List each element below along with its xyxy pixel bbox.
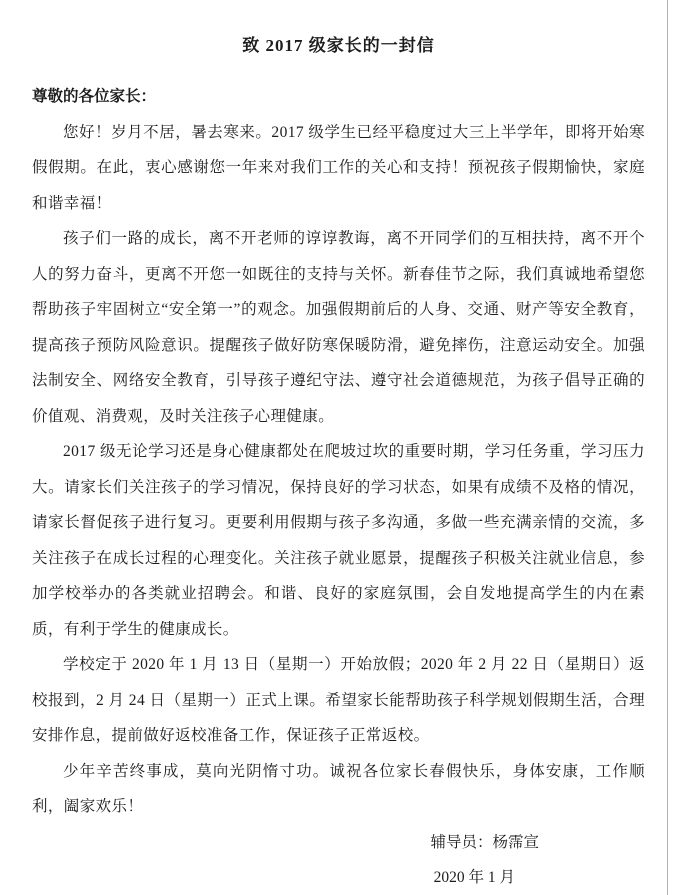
signature: 辅导员：杨霈宣 [32,825,645,861]
salutation: 尊敬的各位家长： [32,79,645,115]
document-page: 致 2017 级家长的一封信 尊敬的各位家长： 您好！岁月不居，暑去寒来。201… [0,0,674,895]
page-scan-edge-line [667,0,668,895]
paragraph-schedule: 学校定于 2020 年 1 月 13 日（星期一）开始放假；2020 年 2 月… [32,647,645,754]
paragraph-safety: 孩子们一路的成长，离不开老师的谆谆教诲，离不开同学们的互相扶持，离不开个人的努力… [32,221,645,434]
paragraph-wishes: 少年辛苦终事成，莫向光阴惰寸功。诚祝各位家长春假快乐，身体安康，工作顺利，阖家欢… [32,754,645,825]
paragraph-greeting: 您好！岁月不居，暑去寒来。2017 级学生已经平稳度过大三上半学年，即将开始寒假… [32,115,645,222]
letter-title: 致 2017 级家长的一封信 [32,28,645,63]
date-line: 2020 年 1 月 [32,860,645,895]
paragraph-study: 2017 级无论学习还是身心健康都处在爬坡过坎的重要时期，学习任务重，学习压力大… [32,434,645,647]
